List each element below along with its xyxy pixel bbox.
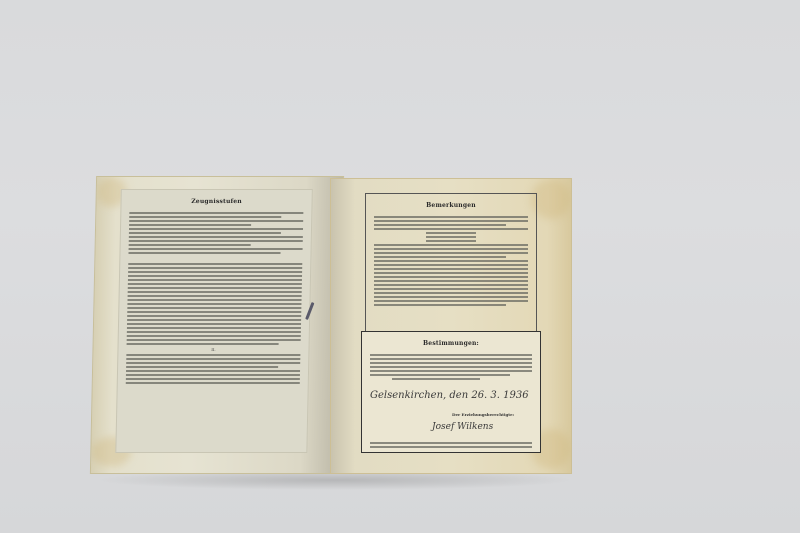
left-page: Zeugnisstufen II. — [90, 176, 344, 474]
page-title: Zeugnisstufen — [122, 198, 312, 205]
signatory-label: Der Erziehungsberechtigte: — [452, 412, 514, 417]
section-marker: II. — [118, 347, 308, 352]
remarks-box: Bemerkungen — [365, 193, 537, 345]
place-date: Gelsenkirchen, den 26. 3. 1936 — [370, 390, 529, 401]
remarks-title: Bemerkungen — [366, 202, 536, 209]
regulations-box: Bestimmungen: Gelsenkirchen, den 26. 3. … — [361, 331, 541, 453]
right-page: Bemerkungen Bestimmungen: Gelsenkirchen,… — [330, 178, 572, 474]
signature: Josef Wilkens — [432, 422, 493, 432]
age-stain — [531, 179, 571, 219]
grade-scale-panel: Zeugnisstufen II. — [115, 189, 313, 453]
regulations-title: Bestimmungen: — [362, 340, 540, 347]
